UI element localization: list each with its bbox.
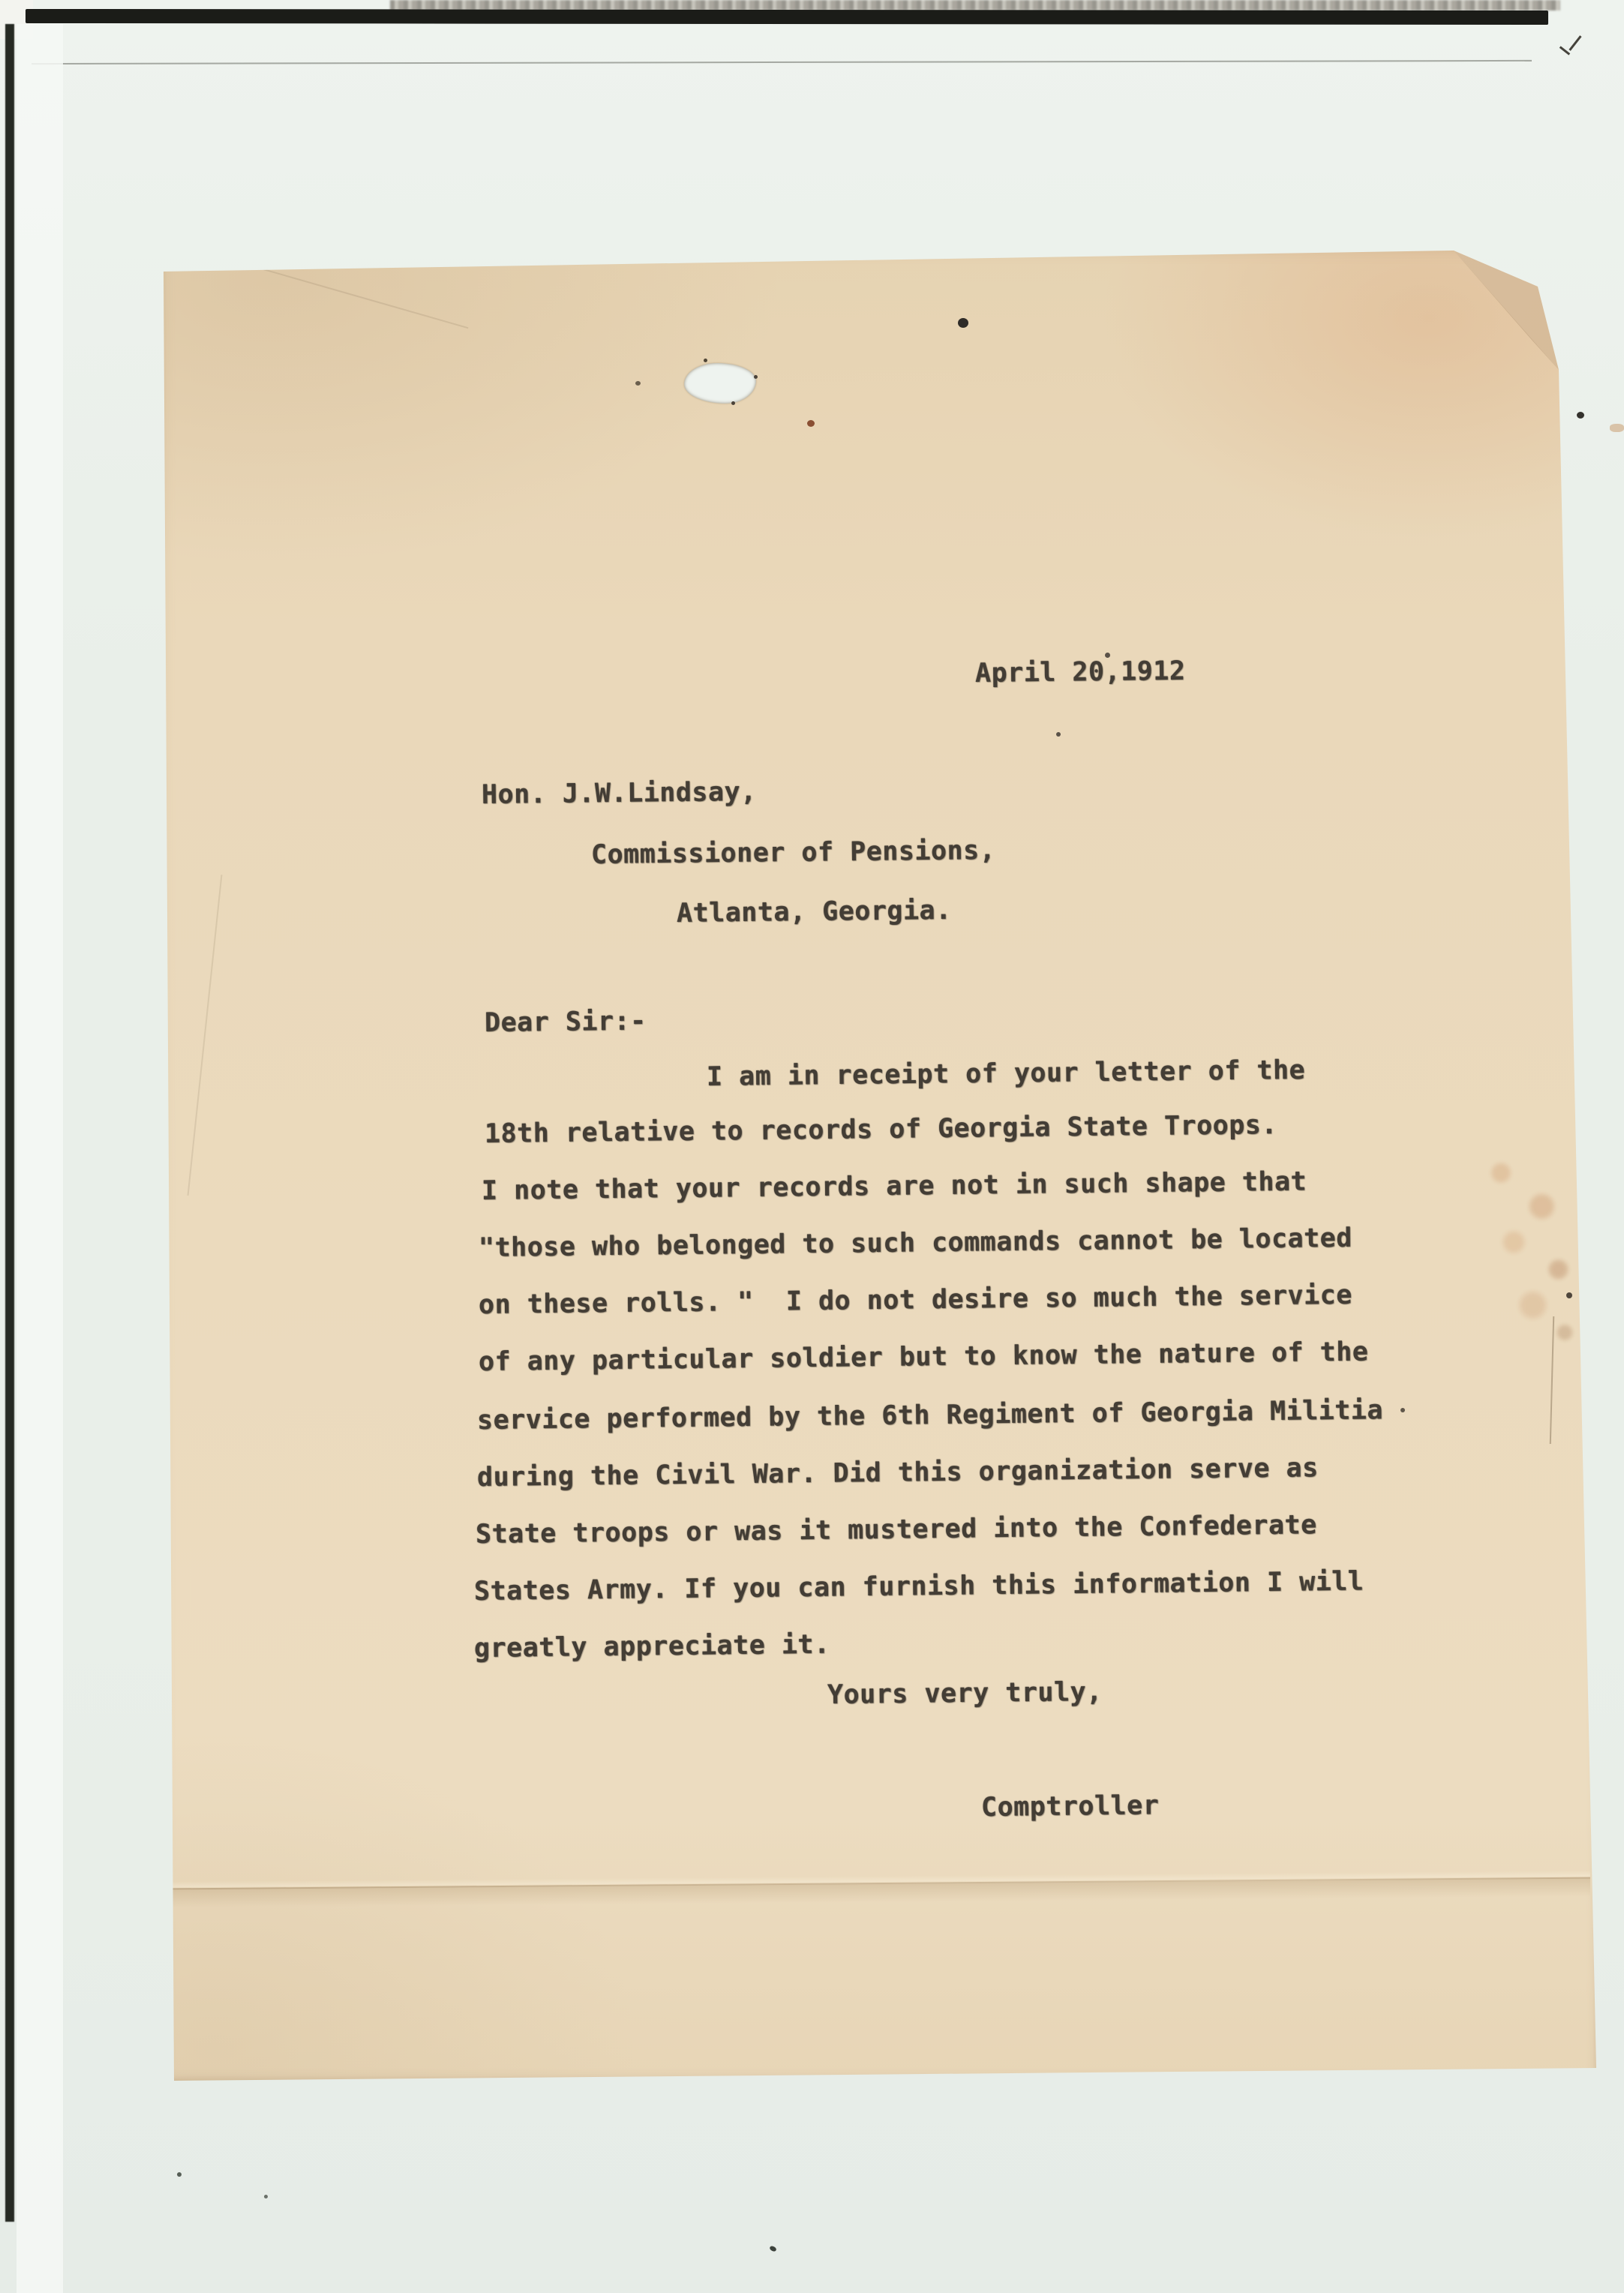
recipient-line: Atlanta, Georgia. — [677, 898, 952, 927]
body-line: State troops or was it mustered into the… — [476, 1512, 1317, 1548]
pen-mark — [1559, 46, 1570, 55]
body-line: greatly appreciate it. — [474, 1632, 830, 1662]
signature-title: Comptroller — [981, 1793, 1160, 1821]
ink-speck — [958, 318, 968, 328]
scanner-top-dark-bar — [26, 9, 1548, 25]
scanned-letter-page: April 20,1912 Hon. J.W.Lindsay, Commissi… — [0, 0, 1624, 2293]
ink-speck — [1400, 1408, 1405, 1412]
body-line: 18th relative to records of Georgia Stat… — [485, 1112, 1277, 1148]
ink-speck — [1566, 1292, 1572, 1298]
foxing-stains — [1463, 1148, 1590, 1358]
body-line: during the Civil War. Did this organizat… — [477, 1455, 1319, 1491]
recipient-line: Commissioner of Pensions, — [591, 838, 996, 869]
salutation: Dear Sir:- — [485, 1009, 647, 1037]
background-speck — [1577, 412, 1584, 419]
closing: Yours very truly, — [827, 1679, 1103, 1709]
paper-crease-mark — [252, 266, 469, 329]
paper-hole — [684, 363, 756, 404]
paper-crease-mark — [188, 875, 223, 1196]
body-line: I note that your records are not in such… — [482, 1169, 1307, 1205]
background-speck — [1610, 424, 1624, 432]
folded-corner-flap — [158, 244, 1601, 2085]
body-line: I am in receipt of your letter of the — [707, 1058, 1306, 1091]
body-line: "those who belonged to such commands can… — [479, 1226, 1352, 1262]
body-line: service performed by the 6th Regiment of… — [477, 1397, 1383, 1434]
chip-speck — [731, 401, 735, 405]
body-line: on these rolls. " I do not desire so muc… — [479, 1283, 1352, 1319]
body-line: States Army. If you can furnish this inf… — [474, 1569, 1364, 1605]
chip-speck — [754, 375, 758, 379]
letter-date: April 20,1912 — [975, 659, 1186, 687]
background-speck — [177, 2172, 182, 2177]
scanner-faint-line — [32, 60, 1532, 65]
background-speck — [769, 2245, 777, 2252]
recipient-line: Hon. J.W.Lindsay, — [482, 779, 757, 809]
ink-speck — [1056, 732, 1061, 737]
letter-paper: April 20,1912 Hon. J.W.Lindsay, Commissi… — [158, 244, 1601, 2085]
chip-speck — [704, 359, 707, 362]
scanner-left-light-strip — [17, 24, 63, 2293]
chip-speck — [635, 381, 641, 386]
rust-speck — [807, 420, 815, 427]
scanner-left-dark-edge — [5, 24, 14, 2222]
body-line: of any particular soldier but to know th… — [479, 1340, 1369, 1376]
pen-mark — [1568, 35, 1581, 51]
background-speck — [264, 2195, 268, 2198]
folded-corner-crease — [158, 244, 1601, 2085]
